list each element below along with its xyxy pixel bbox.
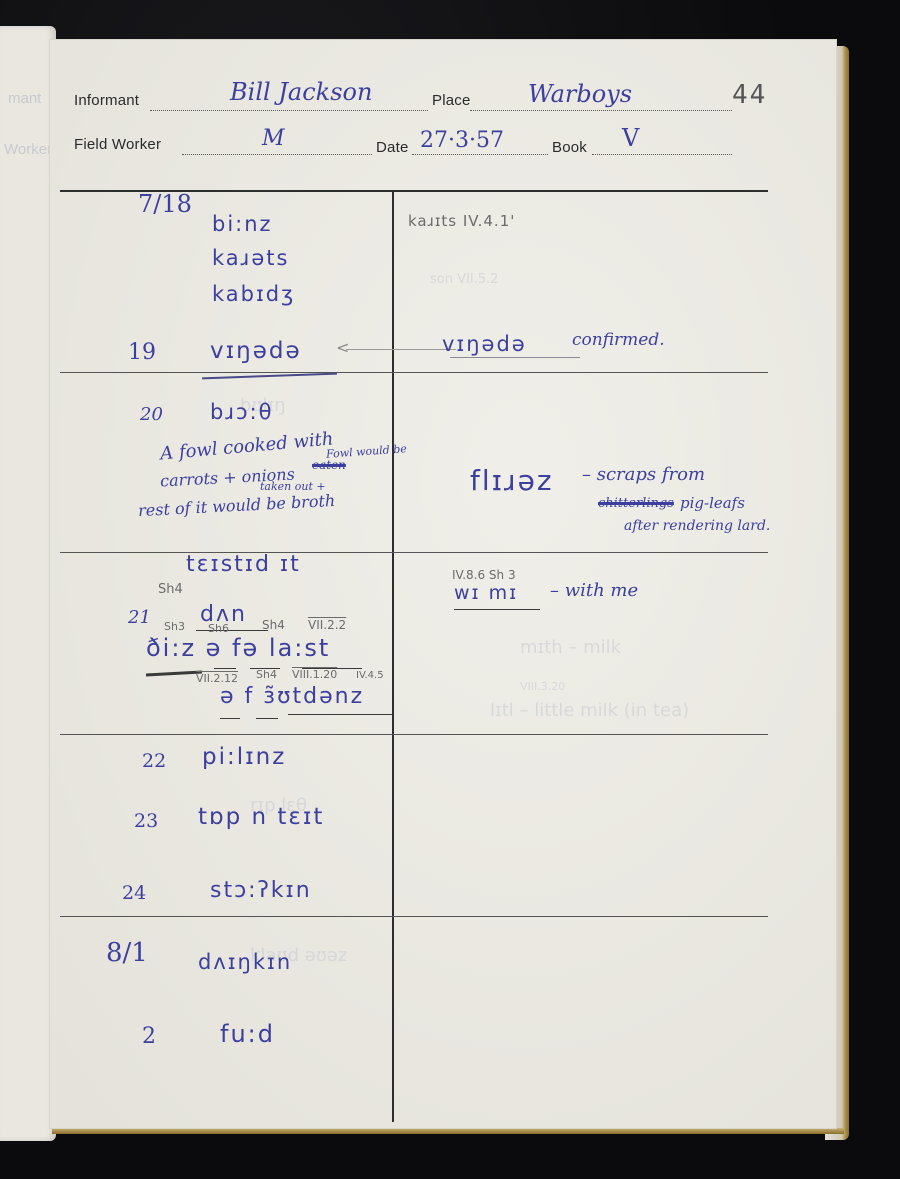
item-number: 20	[140, 404, 163, 425]
ipa-word: wɪ mɪ	[454, 582, 518, 604]
pencil-superscript: VIII.1.20	[292, 668, 337, 681]
row-rule	[60, 916, 768, 917]
item-number: 24	[122, 882, 146, 904]
item-number: 22	[142, 750, 166, 772]
underline	[256, 718, 278, 719]
item-number: 2	[142, 1024, 156, 1049]
underline	[450, 357, 580, 358]
notebook-page: son VII.5.2 mɪth – milk VIII.3.20 lɪtl –…	[50, 40, 836, 1128]
bleed-through-text: son VII.5.2	[430, 272, 498, 287]
underline	[288, 714, 392, 715]
book-dotted-line	[592, 154, 732, 155]
date-dotted-line	[412, 154, 548, 155]
previous-page-edge: mant Worker	[0, 26, 56, 1141]
underline	[146, 671, 202, 677]
place-value: Warboys	[528, 80, 632, 108]
pencil-superscript: Sh4	[256, 668, 277, 681]
informant-label: Informant	[74, 92, 139, 109]
underline	[220, 718, 240, 719]
page-bottom-edge	[52, 1128, 844, 1134]
underline	[214, 668, 236, 669]
informant-dotted-line	[150, 110, 428, 111]
informant-value: Bill Jackson	[230, 78, 372, 106]
pencil-superscript: Sh4	[158, 582, 183, 597]
row-rule	[60, 552, 768, 553]
underline	[202, 373, 337, 379]
handwritten-note: pig-leafs	[680, 494, 745, 512]
page-number: 44	[732, 80, 767, 110]
ipa-word: kaɹəts	[212, 246, 289, 270]
column-divider	[392, 192, 394, 1122]
field-worker-dotted-line	[182, 154, 372, 155]
ghost-text: Worker	[4, 141, 52, 158]
pencil-superscript: Sh4	[262, 618, 285, 632]
ghost-text: mant	[8, 90, 41, 107]
ipa-word: pi:lɪnz	[202, 744, 286, 770]
ipa-word: stɔ:ʔkɪn	[210, 878, 312, 903]
arrow-line	[346, 349, 456, 350]
ipa-word: dʌɪŋkɪn	[198, 950, 292, 974]
field-worker-value: M	[262, 126, 285, 151]
ipa-word: tɒp n tɛɪt	[198, 804, 324, 830]
section-ref: 8/1	[106, 938, 148, 968]
row-rule	[60, 372, 768, 373]
handwritten-gloss: – with me	[550, 580, 638, 601]
underline	[454, 609, 540, 610]
place-label: Place	[432, 92, 471, 109]
field-worker-label: Field Worker	[74, 136, 161, 153]
bleed-through-text: lɪtl – little milk (in tea)	[490, 700, 689, 721]
pencil-superscript: IV.4.5	[356, 670, 384, 681]
pencil-reference: IV.8.6 Sh 3	[452, 568, 516, 582]
ipa-word: fu:d	[220, 1020, 275, 1048]
handwritten-note: – scraps from	[582, 464, 705, 485]
struck-text: chitterlings	[598, 496, 674, 511]
ipa-sentence: ə f ɜ̃ʊtdənz	[220, 684, 364, 709]
bleed-through-text: mɪth – milk	[520, 637, 621, 658]
pencil-note: kaɹɪts IV.4.1'	[408, 212, 515, 230]
underline	[196, 630, 268, 631]
handwritten-note: A fowl cooked with	[159, 428, 334, 464]
ipa-word: kabɪdʒ	[212, 282, 295, 306]
book-label: Book	[552, 139, 587, 156]
row-rule	[60, 734, 768, 735]
pencil-superscript: Sh3	[164, 620, 185, 633]
item-number: 21	[128, 607, 151, 628]
handwritten-note: after rendering lard.	[624, 518, 770, 534]
struck-text: eaten	[312, 458, 346, 472]
ipa-word: flɪɹəz	[470, 464, 554, 497]
date-label: Date	[376, 139, 409, 156]
ipa-word: vɪŋədə	[442, 332, 527, 356]
ipa-word: bɹɔ:θ	[210, 400, 273, 424]
section-ref: 7/18	[138, 190, 192, 218]
date-value: 27·3·57	[420, 128, 504, 153]
item-number: 19	[128, 340, 156, 365]
handwritten-note: confirmed.	[572, 330, 665, 350]
item-number: 23	[134, 810, 158, 832]
book-value: V	[622, 124, 639, 152]
pencil-superscript: VII.2.2	[308, 618, 346, 632]
ipa-sentence: ði:z ə fə la:st	[146, 634, 330, 662]
ipa-word: vɪŋədə	[210, 338, 302, 364]
ipa-phrase: tɛɪstɪd ɪt	[186, 552, 301, 577]
ipa-word: bi:nz	[212, 212, 273, 236]
place-dotted-line	[470, 110, 732, 111]
arrow-left-icon: <	[336, 338, 349, 357]
handwritten-note: rest of it would be broth	[138, 491, 336, 520]
bleed-through-text: VIII.3.20	[520, 680, 565, 693]
